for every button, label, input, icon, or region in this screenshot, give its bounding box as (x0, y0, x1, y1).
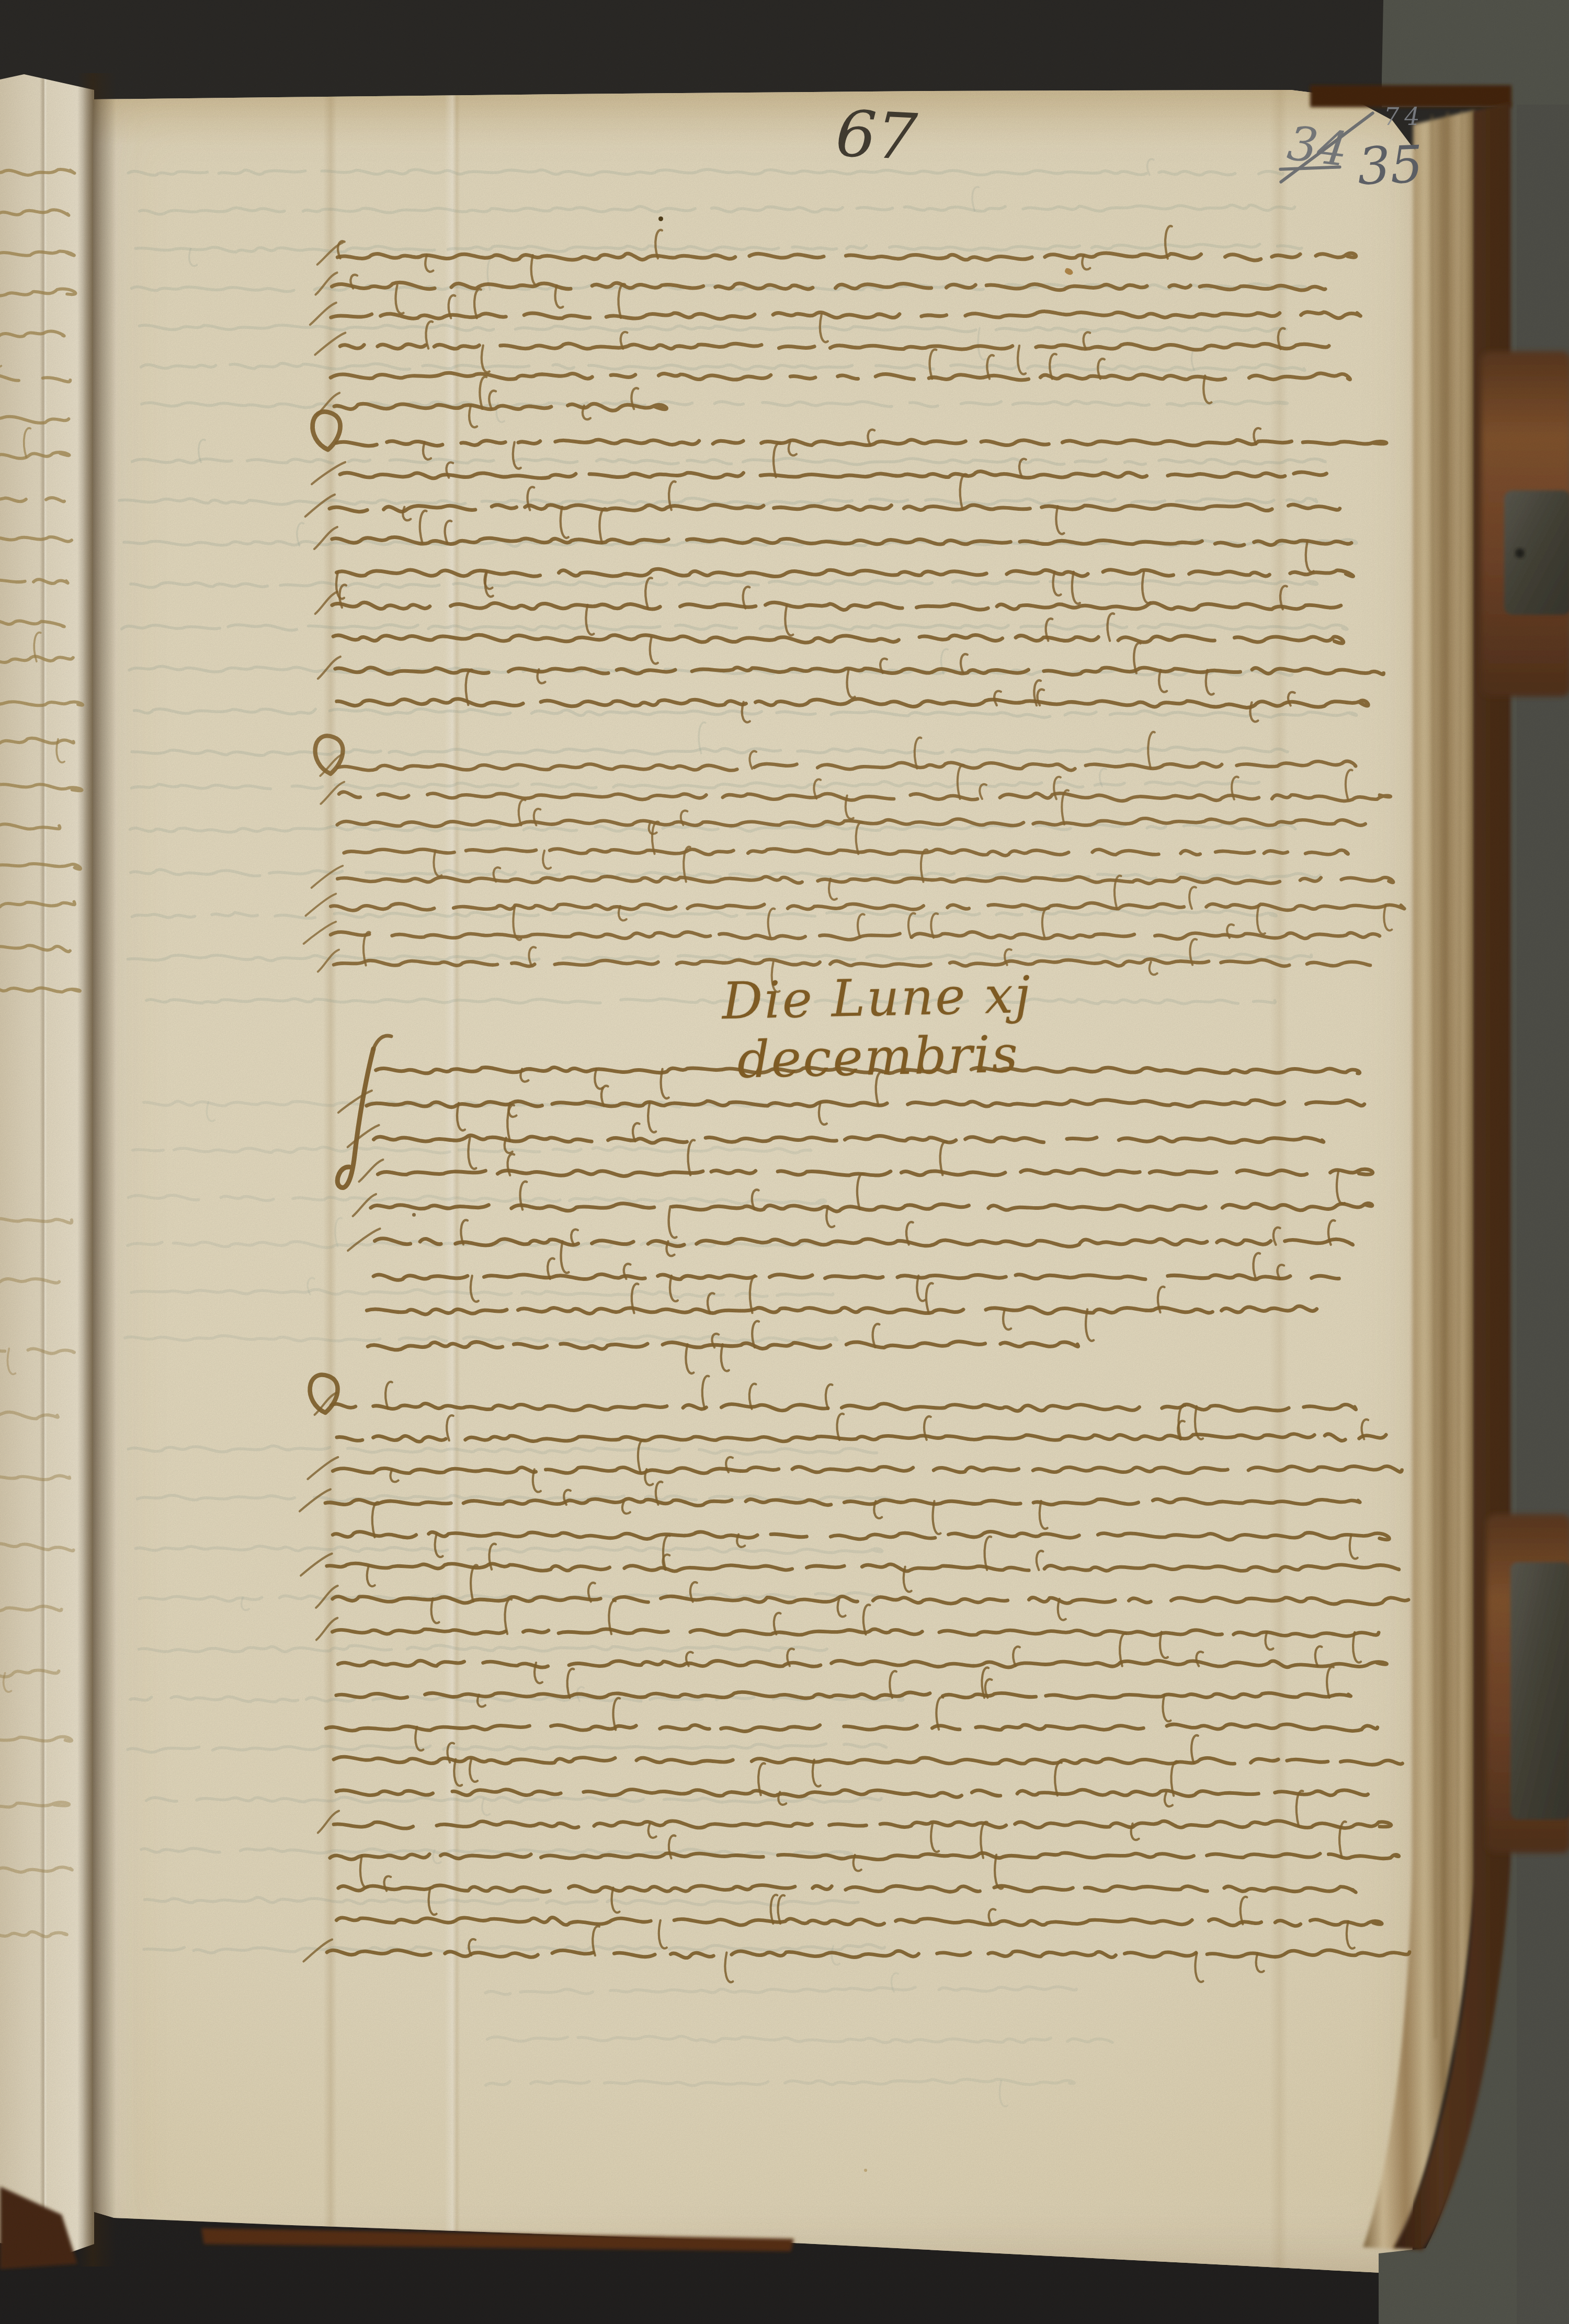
scan-grain-overlay (0, 0, 1569, 2324)
scanned-manuscript-photo: { "document": { "kind": "bound manuscrip… (0, 0, 1569, 2324)
